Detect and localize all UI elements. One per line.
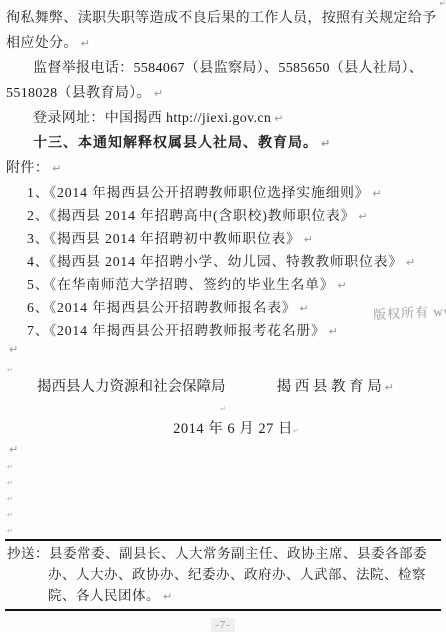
- copyright-watermark: 版权所有 www: [373, 300, 446, 324]
- empty-paragraph: ↵: [6, 342, 440, 363]
- attachment-item-text: 6、《2014 年揭西县公开招聘教师报名表》: [27, 300, 296, 315]
- attachment-item: 3、《揭西县 2014 年招聘初中教师职位表》↵: [6, 227, 440, 250]
- website-text: 登录网址：中国揭西 http://jiexi.gov.cn: [33, 111, 271, 126]
- cc-line: 抄送：县委常委、副县长、人大常务副主任、政协主席、县委各部委: [7, 543, 441, 564]
- paragraph-line-hotline-cont: 5518028（县教育局）。↵: [6, 81, 440, 106]
- section-heading-text: 十三、本通知解释权属县人社局、教育局。: [33, 136, 318, 151]
- paragraph-mark-icon: ↵: [372, 187, 381, 200]
- paragraph-mark-icon: ↵: [9, 443, 18, 456]
- signature-date: 2014 年 6 月 27 日↵: [6, 417, 440, 442]
- paragraph-line: 徇私舞弊、渎职失职等造成不良后果的工作人员，按照有关规定给予: [6, 6, 440, 31]
- cc-line: 办、人大办、政协办、纪委办、政府办、人武部、法院、检察: [7, 564, 441, 585]
- cc-line: 院、各人民团体。↵: [7, 585, 441, 607]
- attachments-label: 附件：↵: [6, 156, 440, 181]
- signature-right-org: 揭 西 县 教 育 局↵: [277, 375, 394, 400]
- paragraph-text: 徇私舞弊、渎职失职等造成不良后果的工作人员，按照有关规定给予: [6, 11, 437, 26]
- attachment-item: 2、《揭西县 2014 年招聘高中(含职校)教师职位表》↵: [6, 204, 440, 227]
- empty-paragraph: ↵: [6, 400, 440, 417]
- cc-text: 院、各人民团体。: [48, 588, 160, 603]
- paragraph-mark-icon: ↵: [163, 590, 172, 603]
- small-paragraph-mark-icon: ↵: [7, 511, 13, 519]
- paragraph-mark-icon: ↵: [9, 343, 18, 356]
- paragraph-mark-icon: ↵: [358, 210, 367, 223]
- attachment-item-text: 2、《揭西县 2014 年招聘高中(含职校)教师职位表》: [27, 208, 355, 223]
- small-paragraph-mark-icon: ↵: [220, 405, 226, 413]
- paragraph-text: 相应处分。: [6, 36, 78, 51]
- paragraph-mark-icon: ↵: [154, 87, 163, 100]
- attachment-item: 5、《在华南师范大学招聘、签约的毕业生名单》↵: [6, 273, 440, 296]
- cc-text: 抄送：县委常委、副县长、人大常务副主任、政协主席、县委各部委: [7, 546, 427, 561]
- empty-paragraph: ↵: [6, 523, 440, 539]
- attachment-item: 1、《2014 年揭西县公开招聘教师职位选择实施细则》↵: [6, 181, 440, 204]
- attachment-item-text: 1、《2014 年揭西县公开招聘教师职位选择实施细则》: [27, 185, 369, 200]
- paragraph-text: 5518028（县教育局）。: [6, 86, 151, 101]
- paragraph-line: 相应处分。↵: [6, 31, 440, 56]
- attachment-item-text: 5、《在华南师范大学招聘、签约的毕业生名单》: [27, 277, 334, 292]
- empty-paragraph: ↵: [6, 459, 440, 475]
- attachment-item-text: 3、《揭西县 2014 年招聘初中教师职位表》: [27, 231, 301, 246]
- paragraph-text: 监督举报电话：5584067（县监察局）、5585650（县人社局）、: [33, 61, 423, 76]
- small-paragraph-mark-icon: ↵: [7, 479, 13, 487]
- signature-row: 揭西县人力资源和社会保障局 揭 西 县 教 育 局↵: [6, 375, 440, 400]
- small-paragraph-mark-icon: ↵: [7, 366, 13, 374]
- empty-paragraph: ↵: [6, 363, 440, 375]
- attachment-item-text: 4、《揭西县 2014 年招聘小学、幼儿园、特教教师职位表》: [27, 254, 403, 269]
- paragraph-mark-icon: ↵: [81, 37, 90, 50]
- cc-block: 抄送：县委常委、副县长、人大常务副主任、政协主席、县委各部委 办、人大办、政协办…: [5, 541, 441, 611]
- signature-left-org: 揭西县人力资源和社会保障局: [37, 375, 226, 400]
- small-paragraph-mark-icon: ↵: [293, 427, 299, 435]
- paragraph-mark-icon: ↵: [274, 112, 283, 125]
- page-number: -7-: [211, 618, 235, 632]
- empty-paragraph: ↵: [6, 491, 440, 507]
- attachments-label-text: 附件：: [6, 161, 49, 176]
- empty-paragraph: ↵: [6, 507, 440, 523]
- paragraph-line-website: 登录网址：中国揭西 http://jiexi.gov.cn↵: [6, 106, 440, 131]
- paragraph-mark-icon: ↵: [304, 233, 313, 246]
- paragraph-mark-icon: ↵: [329, 325, 338, 338]
- paragraph-mark-icon: ↵: [337, 279, 346, 292]
- page-edge-mark-icon: ↵: [439, 0, 446, 8]
- signature-date-text: 2014 年 6 月 27 日: [173, 421, 293, 437]
- attachment-item-text: 7、《2014 年揭西县公开招聘教师报考花名册》: [27, 323, 326, 338]
- document-content: 徇私舞弊、渎职失职等造成不良后果的工作人员，按照有关规定给予 相应处分。↵ 监督…: [6, 6, 440, 539]
- paragraph-mark-icon: ↵: [52, 162, 61, 175]
- small-paragraph-mark-icon: ↵: [7, 463, 13, 471]
- paragraph-mark-icon: ↵: [299, 302, 308, 315]
- cc-text: 办、人大办、政协办、纪委办、政府办、人武部、法院、检察: [48, 567, 426, 582]
- attachment-item: 4、《揭西县 2014 年招聘小学、幼儿园、特教教师职位表》↵: [6, 250, 440, 273]
- page-number-row: -7-: [5, 611, 441, 632]
- document-footer: 抄送：县委常委、副县长、人大常务副主任、政协主席、县委各部委 办、人大办、政协办…: [5, 539, 441, 632]
- section-heading: 十三、本通知解释权属县人社局、教育局。↵: [6, 131, 440, 156]
- paragraph-mark-icon: ↵: [321, 137, 330, 150]
- document-page: ↵ 徇私舞弊、渎职失职等造成不良后果的工作人员，按照有关规定给予 相应处分。↵ …: [0, 0, 446, 632]
- small-paragraph-mark-icon: ↵: [7, 495, 13, 503]
- paragraph-mark-icon: ↵: [406, 256, 415, 269]
- paragraph-mark-icon: ↵: [385, 381, 394, 394]
- empty-paragraph: ↵: [6, 442, 440, 459]
- empty-paragraph: ↵: [6, 475, 440, 491]
- paragraph-line-hotline: 监督举报电话：5584067（县监察局）、5585650（县人社局）、: [6, 56, 440, 81]
- signature-right-org-text: 揭 西 县 教 育 局: [277, 379, 382, 395]
- small-paragraph-mark-icon: ↵: [7, 527, 13, 535]
